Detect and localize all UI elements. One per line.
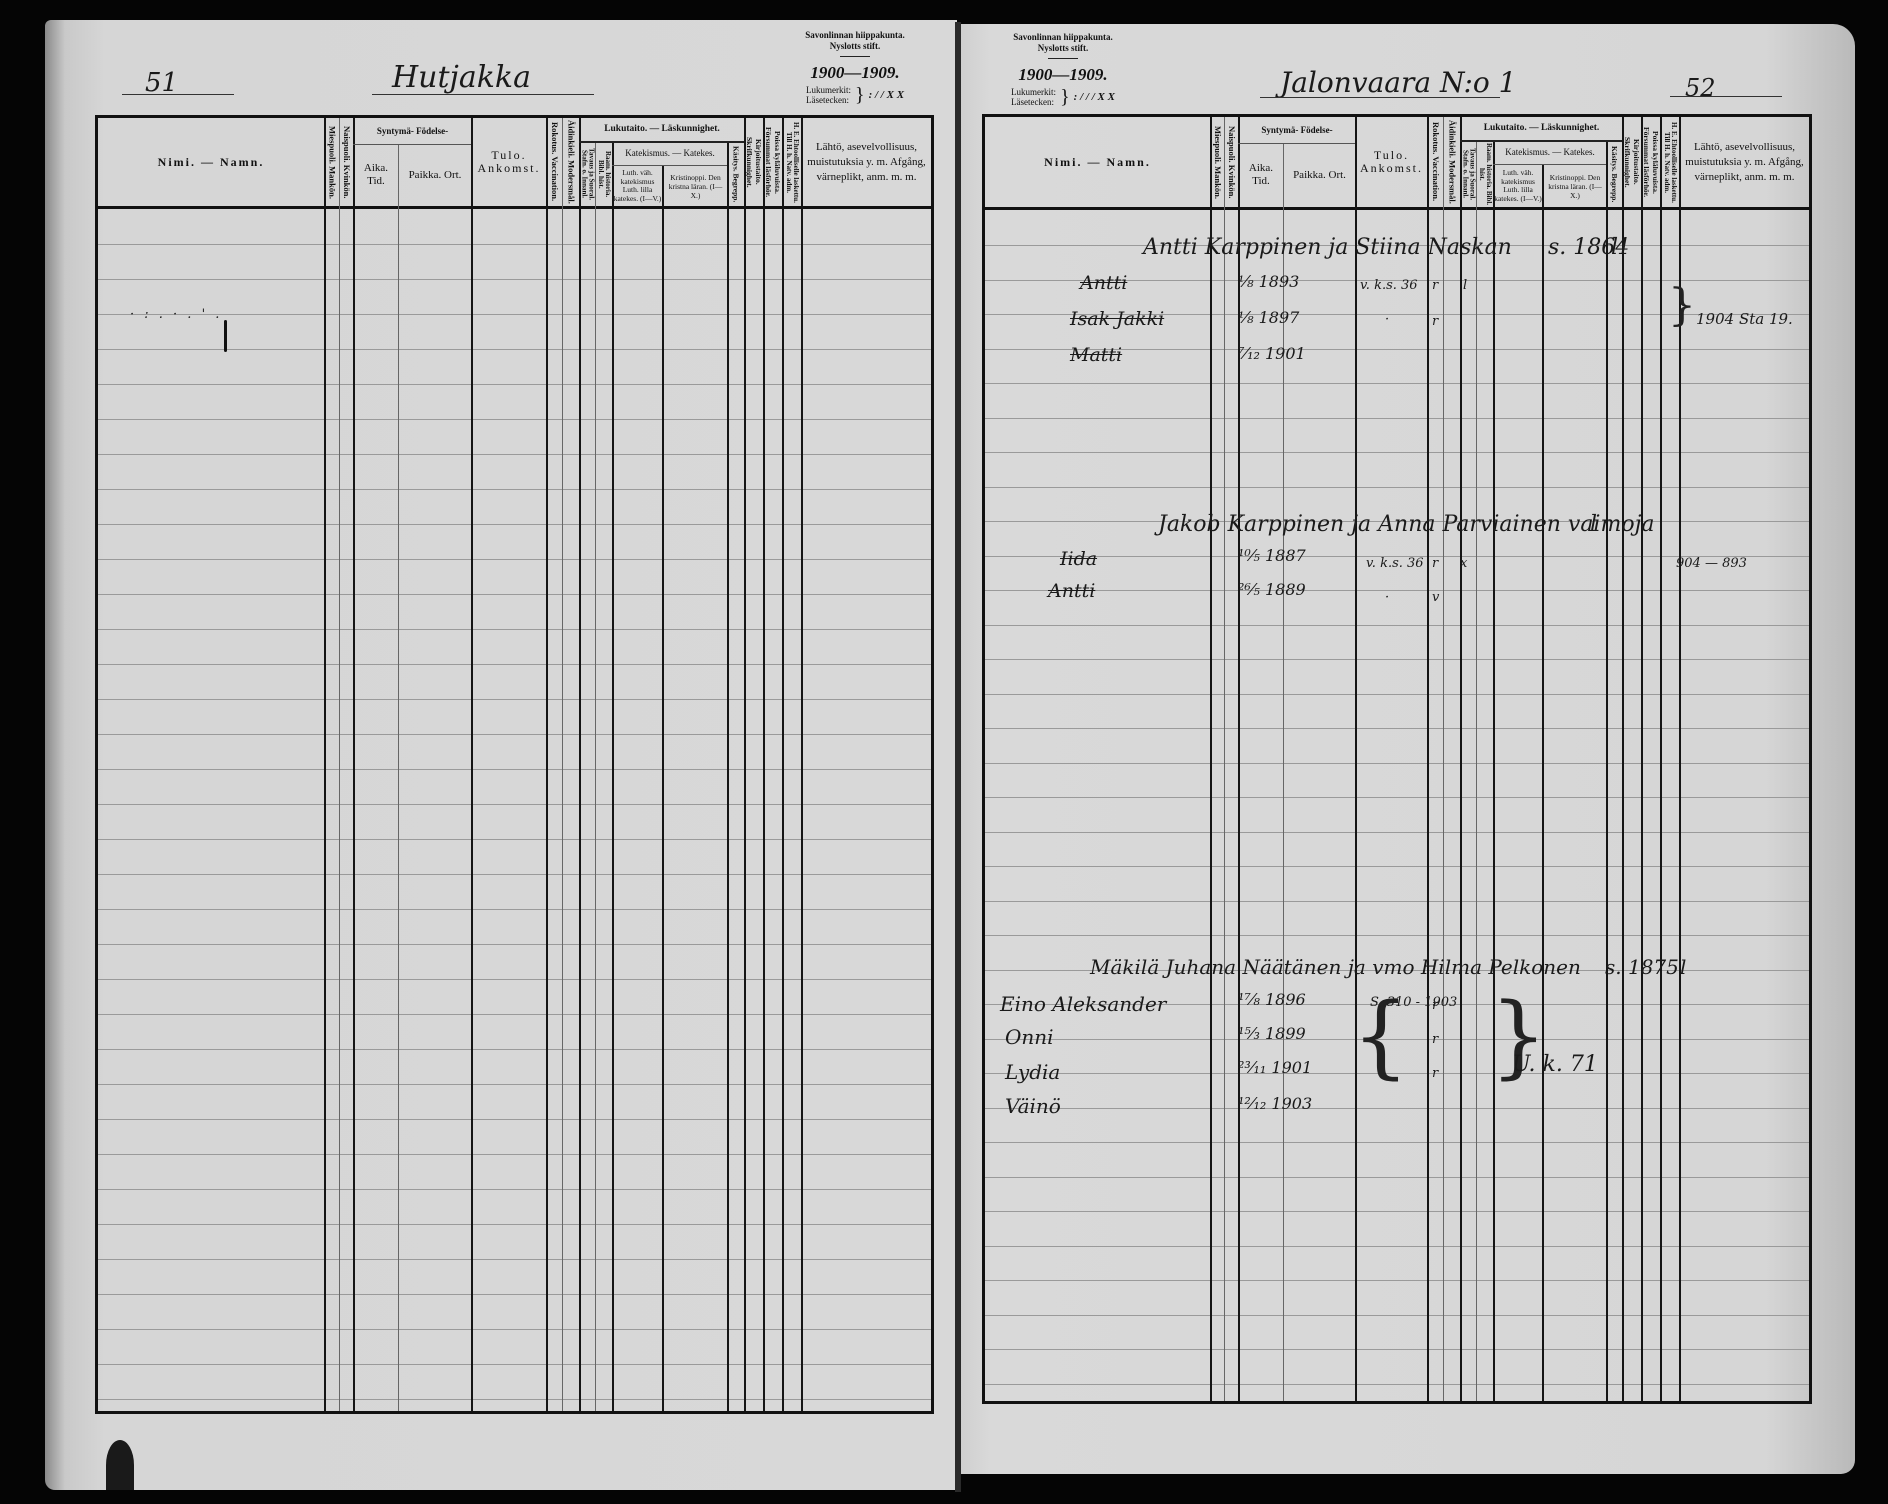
person-tulo: · bbox=[1385, 590, 1389, 605]
right-village-name: Jalonvaara N:o 1 bbox=[1280, 66, 1516, 99]
ruling-line bbox=[98, 1154, 931, 1155]
person-name: Onni bbox=[1005, 1025, 1054, 1049]
lasetecken-label: Läsetecken: bbox=[806, 95, 851, 105]
ruling-line bbox=[98, 419, 931, 420]
ruling-line bbox=[98, 909, 931, 910]
ruling-line bbox=[98, 1329, 931, 1330]
ruling-line bbox=[98, 279, 931, 280]
ruling-line bbox=[98, 524, 931, 525]
ruling-line bbox=[985, 1384, 1809, 1385]
ruling-line bbox=[98, 1224, 931, 1225]
col-nimi: Nimi. — Namn. bbox=[985, 117, 1210, 207]
ruling-line bbox=[985, 452, 1809, 453]
col-lukutaito: Lukutaito. — Läskunnighet. bbox=[1461, 117, 1622, 140]
ruling-line bbox=[985, 1142, 1809, 1143]
col-rokotus: Rokotus. Vaccination. bbox=[547, 120, 562, 204]
person-mark1: v bbox=[1432, 590, 1439, 605]
col-kasitys: Käsitys. Begrepp. bbox=[1607, 142, 1622, 206]
ruling-line bbox=[98, 874, 931, 875]
col-tulo: Tulo. Ankomst. bbox=[1356, 117, 1427, 207]
ruling-line bbox=[985, 866, 1809, 867]
ruling-line bbox=[985, 797, 1809, 798]
left-header-stamp: Savonlinnan hiippakunta. Nyslotts stift.… bbox=[770, 30, 940, 105]
ruling-line bbox=[985, 728, 1809, 729]
person-name: Eino Aleksander bbox=[1000, 992, 1166, 1016]
ruling-line bbox=[98, 244, 931, 245]
col-katekismus: Katekismus. — Katekes. bbox=[613, 142, 727, 165]
person-born: ¹⁷⁄₈ 1896 bbox=[1238, 990, 1306, 1009]
ruling-line bbox=[985, 832, 1809, 833]
family-mark: l bbox=[1680, 955, 1686, 979]
family-heading: Antti Karppinen ja Stiina Naskan bbox=[1143, 235, 1512, 260]
col-poissa: Poissa kyläluvuista. Försummat läsförhör… bbox=[764, 120, 782, 204]
diocese-sv: Nyslotts stift. bbox=[770, 41, 940, 52]
lahto-note: 904 — 893 bbox=[1676, 556, 1747, 571]
left-village-name: Hutjakka bbox=[392, 60, 531, 95]
ruling-line bbox=[98, 559, 931, 560]
col-aidinkieli: Äidinkieli. Modersmål. bbox=[563, 120, 579, 204]
ruling-line bbox=[98, 1049, 931, 1050]
person-born: ¹²⁄₁₂ 1903 bbox=[1238, 1094, 1312, 1113]
person-born: ²³⁄₁₁ 1901 bbox=[1238, 1058, 1312, 1077]
ruling-line bbox=[985, 659, 1809, 660]
person-mark1: r bbox=[1432, 1032, 1438, 1047]
person-mark1: r bbox=[1432, 998, 1438, 1013]
diocese-sv: Nyslotts stift. bbox=[978, 43, 1148, 54]
ruling-line bbox=[98, 699, 931, 700]
ruling-line bbox=[985, 418, 1809, 419]
person-name: Lydia bbox=[1005, 1060, 1060, 1084]
years: 1900—1909. bbox=[770, 63, 940, 83]
col-syntyma: Syntymä- Födelse- bbox=[1239, 117, 1355, 143]
ruling-line bbox=[985, 694, 1809, 695]
right-page-number: 52 bbox=[1685, 74, 1716, 102]
brace-icon: } bbox=[1668, 284, 1696, 328]
col-kirjoitustaito: Kirjoitustaito. Skrifkunnighet. bbox=[1623, 119, 1641, 205]
ruling-line bbox=[985, 625, 1809, 626]
diocese-fi: Savonlinnan hiippakunta. bbox=[978, 32, 1148, 43]
ruling-line bbox=[985, 1280, 1809, 1281]
person-mark1: r bbox=[1432, 1066, 1438, 1081]
brace-icon: { bbox=[1352, 992, 1409, 1082]
person-tulo: v. k.s. 36 bbox=[1360, 278, 1418, 293]
ruling-line bbox=[98, 1084, 931, 1085]
ruling-line bbox=[985, 1211, 1809, 1212]
page-shadow bbox=[106, 1440, 134, 1490]
left-page-faint-mark: · : . · . ' . bbox=[130, 307, 222, 322]
col-raam: Raam. historia. Bibl. hist. bbox=[596, 143, 612, 205]
ruling-line bbox=[98, 349, 931, 350]
col-naispuoli: Naispuoli. Kvinkön. bbox=[340, 120, 353, 204]
ruling-line bbox=[98, 664, 931, 665]
col-lahto: Lähtö, asevelvollisuus, muistutuksia y. … bbox=[1680, 117, 1809, 207]
ruling-line bbox=[98, 1259, 931, 1260]
col-lukutaito: Lukutaito. — Läskunnighet. bbox=[580, 118, 744, 141]
ruling-line bbox=[985, 590, 1809, 591]
col-tavaus: Tavaus ja Suoral. Stafn. o. Innanl. bbox=[1461, 142, 1476, 206]
ruling-line bbox=[98, 314, 931, 315]
ruling-line bbox=[98, 489, 931, 490]
col-tavaus: Tavaus ja Suoral. Stafn. o. Innanl. bbox=[580, 143, 595, 205]
col-poissa: Poissa kyläluvuista. Försummat läsförhör… bbox=[1642, 119, 1660, 205]
family-heading: Jakob Karppinen ja Anna Parviainen vaimo… bbox=[1158, 512, 1655, 537]
person-born: ²⁶⁄₅ 1889 bbox=[1238, 580, 1306, 599]
ruling-line bbox=[98, 804, 931, 805]
diocese-fi: Savonlinnan hiippakunta. bbox=[770, 30, 940, 41]
ruling-line bbox=[98, 979, 931, 980]
col-syntyma: Syntymä- Födelse- bbox=[354, 118, 471, 144]
col-he: H. E. Ehtoolliselle laskettu. Till H. h.… bbox=[1661, 119, 1679, 205]
person-name: Antti bbox=[1048, 580, 1095, 602]
person-tulo: v. k.s. 36 bbox=[1366, 556, 1424, 571]
ruling-line bbox=[98, 454, 931, 455]
ruling-line bbox=[98, 1119, 931, 1120]
col-luth: Luth. väh. katekismus Luth. lilla kateke… bbox=[1494, 165, 1542, 207]
ruling-line bbox=[985, 1349, 1809, 1350]
ruling-line bbox=[985, 763, 1809, 764]
ruling-line bbox=[98, 839, 931, 840]
ink-stroke bbox=[224, 320, 227, 352]
col-miespuoli: Miespuoli. Mankön. bbox=[1211, 119, 1224, 205]
ruling-line bbox=[985, 1315, 1809, 1316]
right-header-stamp: Savonlinnan hiippakunta. Nyslotts stift.… bbox=[978, 32, 1148, 107]
lukumerkit-label: Lukumerkit: bbox=[806, 85, 851, 95]
ruling-line bbox=[985, 487, 1809, 488]
person-born: ⅟₈ 1893 bbox=[1238, 272, 1299, 291]
ruling-line bbox=[985, 1108, 1809, 1109]
family-heading: Mäkilä Juhana Näätänen ja vmo Hilma Pelk… bbox=[1090, 955, 1581, 979]
ruling-line bbox=[985, 901, 1809, 902]
ruling-line bbox=[985, 383, 1809, 384]
col-naispuoli: Naispuoli. Kvinkön. bbox=[1225, 119, 1238, 205]
col-he: H. E. Ehtoolliselle laskettu. Till H. h.… bbox=[783, 120, 801, 204]
lasetecken-label: Läsetecken: bbox=[1011, 97, 1056, 107]
col-kristinoppi: Kristinoppi. Den kristna läran. (I—X.) bbox=[1544, 165, 1606, 207]
ruling-line bbox=[98, 769, 931, 770]
reading-marks: : / / X X bbox=[869, 90, 904, 100]
col-kristinoppi: Kristinoppi. Den kristna läran. (I—X.) bbox=[664, 166, 727, 206]
person-name: Isak Jakki bbox=[1070, 308, 1164, 330]
ruling-line bbox=[98, 629, 931, 630]
ruling-line bbox=[98, 594, 931, 595]
person-name: Iida bbox=[1060, 548, 1097, 570]
col-paikka: Paikka. Ort. bbox=[1284, 143, 1355, 207]
col-raam: Raam. historia. Bibl. hist. bbox=[1477, 142, 1493, 206]
person-mark2: l bbox=[1463, 278, 1467, 293]
reading-marks: : / / / X X bbox=[1074, 92, 1115, 102]
ruling-line bbox=[985, 1177, 1809, 1178]
ruling-line bbox=[98, 1364, 931, 1365]
person-mark1: r bbox=[1432, 278, 1438, 293]
book-gutter bbox=[955, 22, 961, 1492]
family-mark: l bbox=[1590, 512, 1597, 537]
person-born: ¹⁵⁄₃ 1899 bbox=[1238, 1024, 1306, 1043]
person-born: ⅟₈ 1897 bbox=[1238, 308, 1299, 327]
lahto-note: 1904 Sta 19. bbox=[1696, 310, 1793, 328]
person-born: ¹⁰⁄₅ 1887 bbox=[1238, 546, 1306, 565]
col-aidinkieli: Äidinkieli. Modersmål. bbox=[1444, 119, 1460, 205]
lukumerkit-label: Lukumerkit: bbox=[1011, 87, 1056, 97]
person-name: Antti bbox=[1080, 272, 1127, 294]
family-birth-year: s. 1875 bbox=[1605, 955, 1679, 979]
col-paikka: Paikka. Ort. bbox=[399, 144, 471, 206]
ruling-line bbox=[985, 1246, 1809, 1247]
col-kasitys: Käsitys. Begrepp. bbox=[728, 143, 744, 205]
person-name: Väinö bbox=[1005, 1094, 1061, 1118]
lahto-note: U. k. 71 bbox=[1512, 1052, 1598, 1077]
col-kirjoitustaito: Kirjoitustaito. Skrifkunnighet. bbox=[745, 120, 763, 204]
col-rokotus: Rokotus. Vaccination. bbox=[1428, 119, 1443, 205]
col-tulo: Tulo. Ankomst. bbox=[472, 118, 546, 206]
person-mark1: r bbox=[1432, 314, 1438, 329]
col-lahto: Lähtö, asevelvollisuus, muistutuksia y. … bbox=[802, 118, 931, 206]
ruling-line bbox=[98, 1294, 931, 1295]
person-born: ⁷⁄₁₂ 1901 bbox=[1238, 344, 1306, 363]
ruling-line bbox=[98, 384, 931, 385]
person-name: Matti bbox=[1070, 344, 1122, 366]
person-mark2: x bbox=[1460, 556, 1467, 571]
person-tulo: · bbox=[1385, 312, 1389, 327]
col-miespuoli: Miespuoli. Mankön. bbox=[325, 120, 339, 204]
col-luth: Luth. väh. katekismus Luth. lilla kateke… bbox=[613, 166, 662, 206]
col-aika: Aika. Tid. bbox=[1239, 143, 1283, 207]
ruling-line bbox=[98, 944, 931, 945]
ruling-line bbox=[98, 1399, 931, 1400]
ruling-line bbox=[98, 734, 931, 735]
family-mark: l bbox=[1611, 235, 1618, 260]
col-aika: Aika. Tid. bbox=[354, 144, 398, 206]
col-katekismus: Katekismus. — Katekes. bbox=[1494, 141, 1606, 164]
person-mark1: r bbox=[1432, 556, 1438, 571]
col-nimi: Nimi. — Namn. bbox=[98, 118, 324, 206]
ruling-line bbox=[98, 1189, 931, 1190]
ruling-line bbox=[985, 935, 1809, 936]
ruling-line bbox=[98, 1014, 931, 1015]
years: 1900—1909. bbox=[978, 65, 1148, 85]
